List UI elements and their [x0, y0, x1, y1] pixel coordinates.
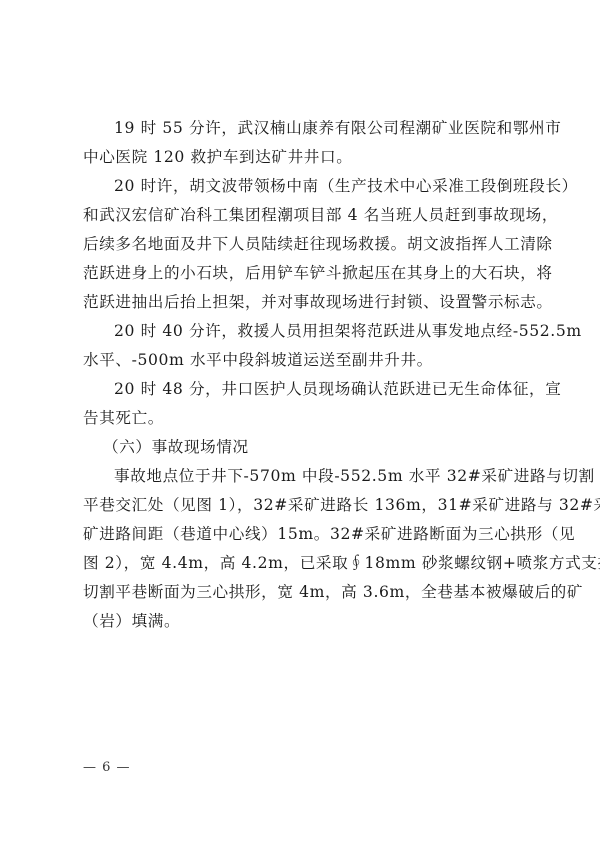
paragraph-line: 范跃进抽出后抬上担架，并对事故现场进行封锁、设置警示标志。: [83, 288, 527, 317]
paragraph-line: 中心医院 120 救护车到达矿井井口。: [83, 143, 527, 172]
paragraph-line: 矿进路间距（巷道中心线）15m。32#采矿进路断面为三心拱形（见: [83, 520, 527, 549]
paragraph-line: 后续多名地面及井下人员陆续赶往现场救援。胡文波指挥人工清除: [83, 230, 527, 259]
paragraph-line: 19 时 55 分许，武汉楠山康养有限公司程潮矿业医院和鄂州市: [83, 114, 527, 143]
paragraph-line: 20 时许，胡文波带领杨中南（生产技术中心采准工段倒班段长）: [83, 172, 527, 201]
paragraph-line: 和武汉宏信矿冶科工集团程潮项目部 4 名当班人员赶到事故现场，: [83, 201, 527, 230]
paragraph-line: 事故地点位于井下-570m 中段-552.5m 水平 32#采矿进路与切割: [83, 462, 527, 491]
paragraph-line: 20 时 48 分，井口医护人员现场确认范跃进已无生命体征，宣: [83, 375, 527, 404]
paragraph-line: 图 2），宽 4.4m，高 4.2m，已采取∮18mm 砂浆螺纹钢+喷浆方式支护…: [83, 549, 527, 578]
paragraph-line: 20 时 40 分许，救援人员用担架将范跃进从事发地点经-552.5m: [83, 317, 527, 346]
document-page: 19 时 55 分许，武汉楠山康养有限公司程潮矿业医院和鄂州市 中心医院 120…: [0, 0, 600, 849]
page-number: — 6 —: [83, 760, 131, 775]
body-text: 19 时 55 分许，武汉楠山康养有限公司程潮矿业医院和鄂州市 中心医院 120…: [83, 114, 527, 636]
paragraph-line: 平巷交汇处（见图 1），32#采矿进路长 136m，31#采矿进路与 32#采: [83, 491, 527, 520]
paragraph-line: 告其死亡。: [83, 404, 527, 433]
paragraph-line: 水平、-500m 水平中段斜坡道运送至副井升井。: [83, 346, 527, 375]
paragraph-line: 切割平巷断面为三心拱形，宽 4m，高 3.6m，全巷基本被爆破后的矿: [83, 578, 527, 607]
paragraph-line: 范跃进身上的小石块，后用铲车铲斗掀起压在其身上的大石块，将: [83, 259, 527, 288]
paragraph-line: （岩）填满。: [83, 607, 527, 636]
section-heading: （六）事故现场情况: [83, 433, 527, 462]
